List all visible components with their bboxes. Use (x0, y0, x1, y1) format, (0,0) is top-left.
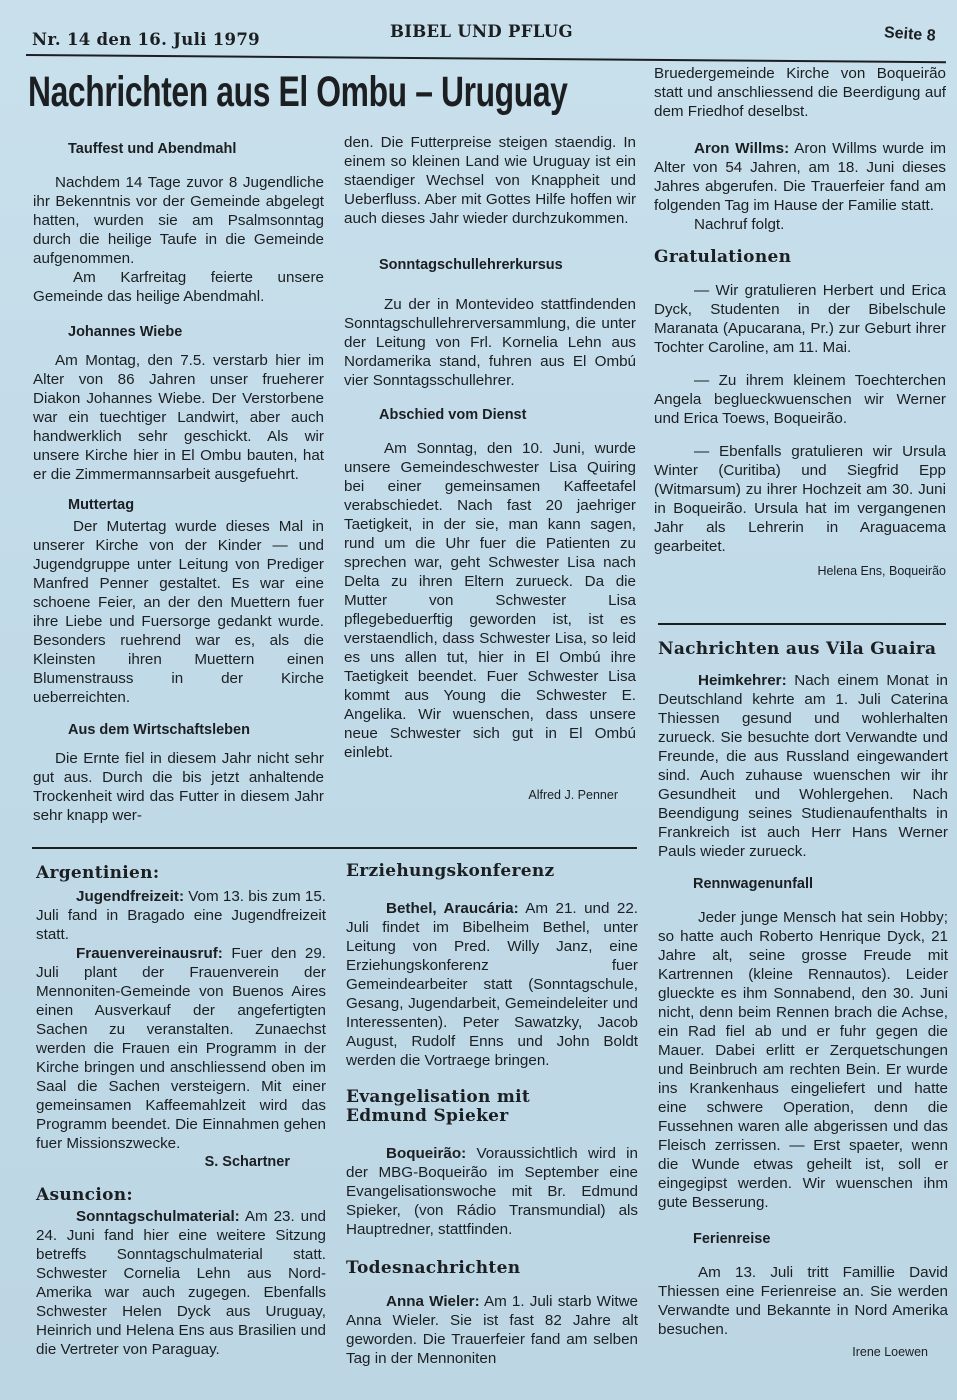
divider-vila-guaira (658, 623, 946, 625)
willms-lead: Aron Willms: (694, 140, 789, 157)
jugendfreizeit-paragraph: Jugendfreizeit: Vom 13. bis zum 15. Juli… (36, 887, 326, 944)
gratulation-3: — Ebenfalls gratulieren wir Ursula Winte… (654, 442, 946, 556)
wiebe-p1: Am Montag, den 7.5. verstarb hier im Alt… (33, 351, 324, 484)
heading-gratulationen: Gratulationen (654, 248, 946, 267)
column-3-bottom: Nachrichten aus Vila Guaira Heimkehrer: … (658, 640, 948, 1362)
page-title: Nachrichten aus El Ombu – Uruguay (28, 68, 567, 117)
page-number: Seite 8 (883, 24, 936, 46)
divider-bottom-section (32, 847, 637, 849)
wirtschaft-p1a: Die Ernte fiel in diesem Jahr nicht sehr… (33, 749, 324, 825)
heading-erziehung: Erziehungskonferenz (346, 862, 638, 881)
kursus-p1: Zu der in Montevideo stattfindenden Sonn… (344, 295, 636, 390)
newspaper-page: Nr. 14 den 16. Juli 1979 BIBEL UND PFLUG… (0, 0, 957, 1400)
muttertag-p1: Der Mutertag wurde dieses Mal in unserer… (33, 517, 324, 707)
heading-wirtschaft: Aus dem Wirtschaftsleben (33, 721, 324, 740)
willms-paragraph: Aron Willms: Aron Willms wurde im Alter … (654, 139, 946, 215)
column-1-bottom: Argentinien: Jugendfreizeit: Vom 13. bis… (36, 864, 326, 1359)
signature-loewen: Irene Loewen (658, 1343, 948, 1362)
evangelisation-paragraph: Boqueirão: Voraussichtlich wird in der M… (346, 1144, 638, 1239)
rennwagen-text: Jeder junge Mensch hat sein Hobby; so ha… (658, 908, 948, 1212)
heading-vila-guaira: Nachrichten aus Vila Guaira (658, 640, 948, 659)
signature-penner: Alfred J. Penner (344, 786, 636, 805)
ferienreise-text: Am 13. Juli tritt Famillie David Thiesse… (658, 1263, 948, 1339)
heading-abschied: Abschied vom Dienst (344, 406, 636, 425)
publication-name: BIBEL UND PFLUG (390, 22, 573, 41)
erziehung-paragraph: Bethel, Araucária: Am 21. und 22. Juli f… (346, 899, 638, 1070)
nachruf-note: Nachruf folgt. (654, 215, 946, 234)
gratulation-1: — Wir gratulieren Herbert und Erica Dyck… (654, 281, 946, 357)
abschied-p1: Am Sonntag, den 10. Juni, wurde unsere G… (344, 439, 636, 762)
heading-asuncion: Asuncion: (36, 1186, 326, 1205)
heading-wiebe: Johannes Wiebe (33, 323, 324, 342)
signature-ens: Helena Ens, Boqueirão (654, 562, 946, 581)
heading-evangelisation-2: Edmund Spieker (346, 1107, 638, 1126)
heading-tauffest: Tauffest und Abendmahl (33, 140, 324, 159)
heading-ferienreise: Ferienreise (658, 1230, 948, 1249)
column-3-top: Bruedergemeinde Kirche von Boqueirão sta… (654, 64, 946, 581)
heading-kursus: Sonntagschullehrerkursus (344, 256, 636, 275)
wirtschaft-p1b: den. Die Futterpreise steigen staendig. … (344, 133, 636, 228)
heading-argentinien: Argentinien: (36, 864, 326, 883)
column-2-bottom: Erziehungskonferenz Bethel, Araucária: A… (346, 862, 638, 1368)
tauffest-p1: Nachdem 14 Tage zuvor 8 Jugendliche ihr … (33, 173, 324, 268)
tauffest-p2: Am Karfreitag feierte unsere Gemeinde da… (33, 268, 324, 306)
asuncion-paragraph: Sonntagschulmaterial: Am 23. und 24. Jun… (36, 1207, 326, 1359)
header-rule (26, 54, 946, 63)
signature-schartner: S. Schartner (36, 1153, 326, 1172)
continued-text: Bruedergemeinde Kirche von Boqueirão sta… (654, 64, 946, 121)
frauenverein-paragraph: Frauenvereinausruf: Fuer den 29. Juli pl… (36, 944, 326, 1153)
heading-todesnachrichten: Todesnachrichten (346, 1259, 638, 1278)
column-2-top: den. Die Futterpreise steigen staendig. … (344, 133, 636, 805)
heading-muttertag: Muttertag (33, 496, 324, 515)
column-1-top: Tauffest und Abendmahl Nachdem 14 Tage z… (33, 140, 324, 825)
heading-rennwagen: Rennwagenunfall (658, 875, 948, 894)
heading-evangelisation-1: Evangelisation mit (346, 1088, 638, 1107)
heimkehrer-paragraph: Heimkehrer: Nach einem Monat in Deutschl… (658, 671, 948, 861)
issue-date: Nr. 14 den 16. Juli 1979 (32, 30, 260, 49)
todes-paragraph: Anna Wieler: Am 1. Juli starb Witwe Anna… (346, 1292, 638, 1368)
gratulation-2: — Zu ihrem kleinem Toechterchen Angela b… (654, 371, 946, 428)
